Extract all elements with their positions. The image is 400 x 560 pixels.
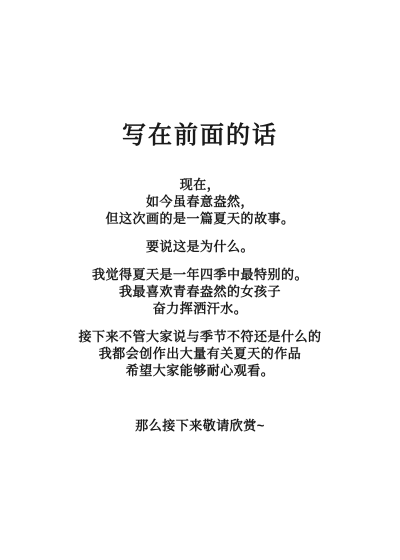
text-line: 但这次画的是一篇夏天的故事。	[0, 210, 400, 227]
text-line: 希望大家能够耐心观看。	[0, 362, 400, 379]
paragraph-question: 要说这是为什么。	[0, 238, 400, 255]
text-line: 那么接下来敬请欣赏~	[0, 417, 400, 434]
page-title: 写在前面的话	[0, 123, 400, 149]
paragraph-closing: 那么接下来敬请欣赏~	[0, 417, 400, 434]
text-line: 如今虽春意盎然，	[0, 193, 400, 210]
foreword-page: 写在前面的话 现在， 如今虽春意盎然， 但这次画的是一篇夏天的故事。 要说这是为…	[0, 0, 400, 560]
paragraph-reason: 我觉得夏天是一年四季中最特别的。 我最喜欢青春盎然的女孩子 奋力挥洒汗水。	[0, 266, 400, 317]
text-line: 我觉得夏天是一年四季中最特别的。	[0, 266, 400, 283]
text-line: 我最喜欢青春盎然的女孩子	[0, 283, 400, 300]
text-line: 奋力挥洒汗水。	[0, 300, 400, 317]
text-line: 现在，	[0, 176, 400, 193]
paragraph-plan: 接下来不管大家说与季节不符还是什么的 我都会创作出大量有关夏天的作品 希望大家能…	[0, 328, 400, 379]
text-line: 要说这是为什么。	[0, 238, 400, 255]
paragraph-intro: 现在， 如今虽春意盎然， 但这次画的是一篇夏天的故事。	[0, 176, 400, 227]
text-line: 接下来不管大家说与季节不符还是什么的	[0, 328, 400, 345]
text-line: 我都会创作出大量有关夏天的作品	[0, 345, 400, 362]
